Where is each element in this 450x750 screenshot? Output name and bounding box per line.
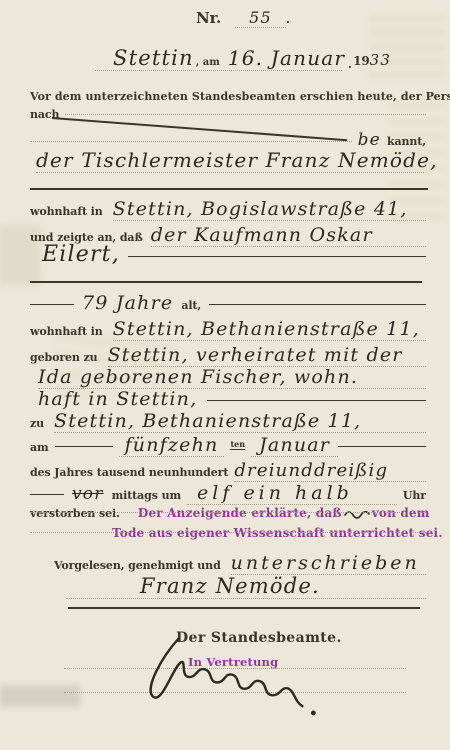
vorgelesen-label: Vorgelesen, genehmigt und: [54, 559, 221, 572]
death-date-row: am fünfzehn ten Januar: [30, 434, 426, 457]
ten-suffix: ten: [230, 439, 245, 450]
dash-stroke: [338, 445, 426, 447]
blank-segment: [55, 445, 113, 447]
intro-text: Vor dem unterzeichneten Standesbeamten e…: [30, 90, 426, 103]
declarant-address-row: wohnhaft in Stettin, Bogislawstraße 41,: [30, 198, 426, 221]
zu-label: zu: [30, 417, 44, 430]
death-place-row: zu Stettin, Bethanienstraße 11,: [30, 410, 426, 433]
blank-segment: [30, 493, 64, 495]
dateline-date: 16. Januar: [228, 46, 345, 70]
spouse-residence: haft in Stettin,: [38, 388, 197, 410]
intro-row: Vor dem unterzeichneten Standesbeamten e…: [30, 90, 426, 103]
strikeout-line: [128, 255, 426, 257]
strikeout-line: [30, 188, 428, 190]
birth-row: geboren zu Stettin, verheiratet mit der: [30, 344, 426, 367]
registrar-signature: [137, 630, 342, 738]
mittags-label: mittags um: [112, 489, 181, 502]
alt-label: alt,: [181, 299, 201, 312]
stamp-declaration-2-row: Tode aus eigener Wissenschaft unterricht…: [112, 526, 426, 540]
strikeout-line: [68, 607, 420, 609]
record-number-label: Nr.: [196, 9, 221, 27]
bekannt-handwritten: be: [358, 130, 381, 150]
smudge-mark: [0, 685, 80, 707]
uhr-label: Uhr: [403, 489, 426, 502]
blank-underline: [30, 514, 426, 516]
strikeout-line: [209, 303, 426, 305]
dateline-am-label: , am: [196, 57, 220, 68]
spouse-cont-row: haft in Stettin,: [38, 388, 426, 410]
deceased-address: Stettin, Bethanienstraße 11,: [113, 318, 426, 341]
dateline-year: 33: [370, 51, 392, 69]
dateline-century: 19: [353, 54, 370, 68]
strikeout-line: [207, 399, 426, 401]
dateline-period: .: [348, 58, 352, 71]
blank-line: [65, 113, 426, 115]
deceased-surname-row: Eilert,: [42, 242, 426, 267]
record-number-value: 55: [235, 8, 286, 28]
closing-row: Vorgelesen, genehmigt und unterschrieben: [54, 552, 426, 575]
verstorben-row: verstorben sei. Der Anzeigende erklärte,…: [30, 506, 426, 520]
declarant-signature-row: Franz Nemöde.: [66, 574, 426, 599]
blank-underline: [30, 534, 426, 536]
blank-line: [30, 140, 352, 142]
spouse-row: Ida geborenen Fischer, wohn.: [38, 366, 426, 389]
spouse-name: Ida geborenen Fischer, wohn.: [38, 366, 358, 388]
death-time: elf ein halb: [187, 482, 397, 505]
age-value: 79 Jahre: [82, 292, 173, 314]
stamp-declaration-1b: von dem: [372, 506, 430, 520]
death-year: dreiunddreißig: [234, 460, 426, 482]
wohnhaft-label: wohnhaft in: [30, 325, 103, 338]
death-day: fünfzehn: [119, 434, 225, 457]
wohnhaft-label: wohnhaft in: [30, 205, 103, 218]
stamp-declaration-1a: Der Anzeigende erklärte, daß: [138, 506, 342, 520]
death-record-page: Nr. 55 . Stettin , am 16. Januar 19 33 .…: [0, 0, 450, 750]
age-row: 79 Jahre alt,: [30, 292, 426, 314]
bekannt-row: be kannt,: [30, 130, 426, 150]
declarant-row: der Tischlermeister Franz Nemöde,: [36, 148, 424, 173]
bekannt-printed: kannt,: [387, 135, 426, 148]
death-time-row: vor mittags um elf ein halb Uhr: [30, 482, 426, 505]
record-number-period: .: [286, 13, 290, 26]
deceased-address-row: wohnhaft in Stettin, Bethanienstraße 11,: [30, 318, 426, 341]
deceased-surname: Eilert,: [42, 242, 120, 267]
strikeout-line: [30, 281, 422, 283]
declarant-name: der Tischlermeister Franz Nemöde,: [36, 148, 438, 172]
birthplace-marital: Stettin, verheiratet mit der: [108, 344, 426, 367]
dateline-row: Stettin , am 16. Januar 19 33: [95, 46, 342, 71]
death-month: Januar: [251, 434, 338, 457]
dateline-city: Stettin: [113, 46, 194, 70]
strikeout-segment: [30, 303, 74, 305]
geboren-label: geboren zu: [30, 351, 98, 364]
handwritten-er-squiggle: [344, 507, 370, 519]
death-place: Stettin, Bethanienstraße 11,: [54, 410, 426, 433]
record-number-row: Nr. 55 .: [196, 8, 290, 28]
unterschrieben-handwritten: unterschrieben: [231, 552, 426, 575]
declarant-signature: Franz Nemöde.: [140, 574, 320, 598]
am-label: am: [30, 441, 49, 454]
vor-handwritten: vor: [72, 484, 104, 504]
year-prefix: des Jahres tausend neunhundert: [30, 466, 228, 479]
death-year-row: des Jahres tausend neunhundert dreiunddr…: [30, 460, 426, 482]
stamp-declaration-2: Tode aus eigener Wissenschaft unterricht…: [112, 526, 443, 540]
declarant-address: Stettin, Bogislawstraße 41,: [113, 198, 426, 221]
